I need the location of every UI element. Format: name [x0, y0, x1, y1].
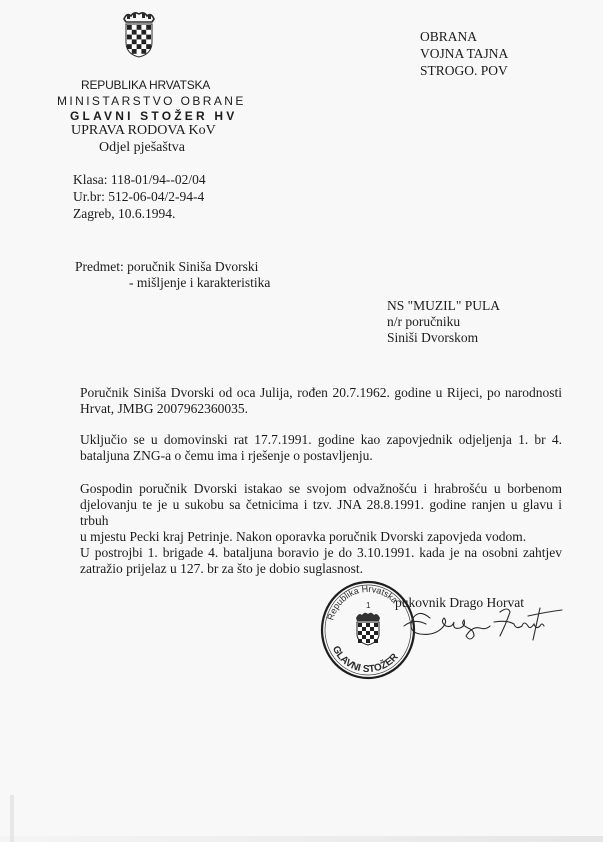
reference-place-date: Zagreb, 10.6.1994.: [73, 205, 206, 222]
classification-line: STROGO. POV: [420, 62, 508, 79]
header-ministry: MINISTARSTVO OBRANE: [57, 94, 246, 108]
paragraph-line: u mjestu Pecki kraj Petrinje. Nakon opor…: [80, 529, 562, 545]
classification-line: OBRANA: [420, 28, 508, 45]
reference-urbr: Ur.br: 512-06-04/2-94-4: [73, 188, 206, 205]
paragraph-line: zatražio prijelaz u 127. br za što je do…: [80, 561, 562, 577]
svg-text:1: 1: [366, 601, 371, 610]
classification-line: VOJNA TAJNA: [420, 45, 508, 62]
recipient-line: n/r poručniku: [387, 314, 500, 330]
header-republic: REPUBLIKA HRVATSKA: [81, 78, 210, 92]
reference-klasa: Klasa: 118-01/94--02/04: [73, 171, 206, 188]
paragraph-line: bataljuna ZNG-a o čemu ima i rješenje o …: [80, 448, 562, 464]
paragraph-line: Hrvat, JMBG 2007962360035.: [80, 401, 562, 417]
body-paragraph: Uključio se u domovinski rat 17.7.1991. …: [80, 432, 562, 464]
body-paragraph: U postrojbi 1. brigade 4. bataljuna bora…: [80, 545, 562, 577]
header-directorate: UPRAVA RODOVA KoV: [71, 123, 216, 139]
scan-edge-artifact: [0, 836, 603, 842]
paragraph-line: djelovanju te je u sukobu sa četnicima i…: [80, 497, 562, 529]
paragraph-line: Gospodin poručnik Dvorski istakao se svo…: [80, 481, 562, 497]
body-paragraph: Gospodin poručnik Dvorski istakao se svo…: [80, 481, 562, 545]
handwritten-signature: [390, 598, 565, 648]
svg-text:GLAVNI STOŽER: GLAVNI STOŽER: [330, 644, 401, 675]
body-paragraph: Poručnik Siniša Dvorski od oca Julija, r…: [80, 385, 562, 417]
reference-block: Klasa: 118-01/94--02/04 Ur.br: 512-06-04…: [73, 171, 206, 222]
paragraph-line: Uključio se u domovinski rat 17.7.1991. …: [80, 432, 562, 448]
paragraph-line: U postrojbi 1. brigade 4. bataljuna bora…: [80, 545, 562, 561]
classification-block: OBRANA VOJNA TAJNA STROGO. POV: [420, 28, 508, 79]
subject-line: Predmet: poručnik Siniša Dvorski: [75, 259, 258, 275]
subject-line: - mišljenje i karakteristika: [129, 275, 270, 291]
recipient-line: Siniši Dvorskom: [387, 330, 500, 346]
paragraph-line: Poručnik Siniša Dvorski od oca Julija, r…: [80, 385, 562, 401]
scan-edge-artifact: [10, 795, 14, 842]
croatian-coat-of-arms-icon: [121, 10, 157, 58]
recipient-block: NS "MUZIL" PULA n/r poručniku Siniši Dvo…: [387, 298, 500, 346]
recipient-line: NS "MUZIL" PULA: [387, 298, 500, 314]
header-department: Odjel pješaštva: [99, 140, 185, 156]
header-general-staff: GLAVNI STOŽER HV: [70, 109, 237, 123]
